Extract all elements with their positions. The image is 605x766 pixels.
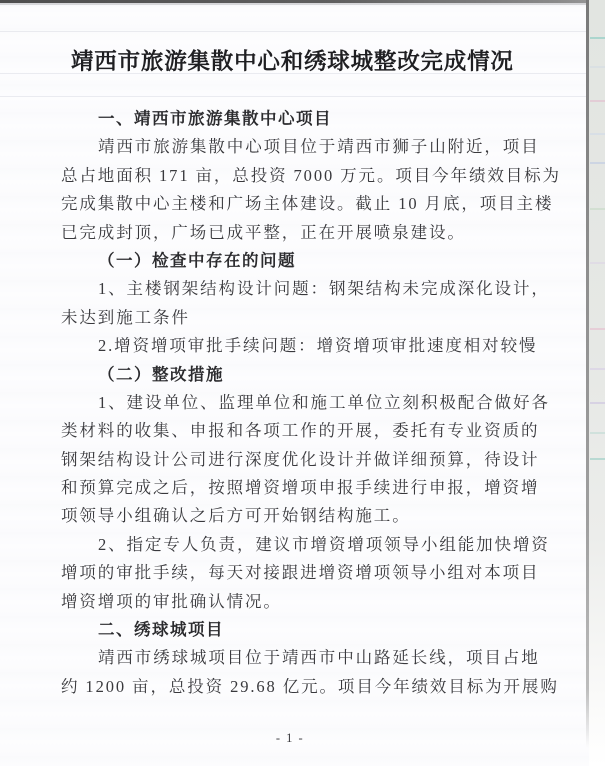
text-line: 2、指定专人负责，建议市增资增项领导小组能加快增资 — [61, 531, 561, 559]
text-line: 增项的审批手续，每天对接跟进增资增项领导小组对本项目 — [61, 559, 561, 587]
scanner-noise-streak — [590, 458, 605, 460]
scanner-noise-streak — [590, 37, 605, 39]
text-line: 未达到施工条件 — [61, 304, 561, 332]
scan-hairline — [0, 96, 590, 97]
scanner-noise-streak — [590, 133, 605, 135]
text-line: 靖西市旅游集散中心项目位于靖西市狮子山附近，项目 — [61, 133, 561, 161]
text-line: 已完成封顶，广场已成平整，正在开展喷泉建设。 — [61, 219, 561, 247]
document-body: 一、靖西市旅游集散中心项目靖西市旅游集散中心项目位于靖西市狮子山附近，项目总占地… — [61, 105, 561, 701]
document-title: 靖西市旅游集散中心和绣球城整改完成情况 — [71, 44, 531, 76]
scanner-top-band-shadow — [0, 3, 605, 5]
text-line: 靖西市绣球城项目位于靖西市中山路延长线，项目占地 — [61, 644, 561, 672]
scanner-noise-streak — [590, 402, 605, 404]
scan-hairline — [0, 31, 590, 32]
text-line: 2.增资增项审批手续问题：增资增项审批速度相对较慢 — [61, 332, 561, 360]
text-line: 钢架结构设计公司进行深度优化设计并做详细预算，待设计 — [61, 446, 561, 474]
text-line: 总占地面积 171 亩，总投资 7000 万元。项目今年绩效目标为 — [61, 162, 561, 190]
scanner-background-strip — [589, 0, 605, 766]
scanner-noise-streak — [590, 208, 605, 210]
scanner-noise-streak — [590, 162, 605, 164]
section-heading: 二、绣球城项目 — [61, 616, 561, 644]
text-line: 项领导小组确认之后方可开始钢结构施工。 — [61, 502, 561, 530]
section-heading: （二）整改措施 — [61, 361, 561, 389]
text-line: 完成集散中心主楼和广场主体建设。截止 10 月底，项目主楼 — [61, 190, 561, 218]
text-line: 和预算完成之后，按照增资增项申报手续进行申报，增资增 — [61, 474, 561, 502]
page-edge-line — [586, 0, 589, 748]
text-line: 增资增项的审批确认情况。 — [61, 588, 561, 616]
section-heading: （一）检查中存在的问题 — [61, 247, 561, 275]
scanner-noise-streak — [590, 432, 605, 434]
text-line: 类材料的收集、申报和各项工作的开展，委托有专业资质的 — [61, 417, 561, 445]
scanner-noise-streak — [590, 100, 605, 102]
text-line: 1、主楼钢架结构设计问题：钢架结构未完成深化设计， — [61, 275, 561, 303]
scanner-noise-streak — [590, 328, 605, 330]
text-line: 约 1200 亩，总投资 29.68 亿元。项目今年绩效目标为开展购 — [61, 673, 561, 701]
section-heading: 一、靖西市旅游集散中心项目 — [61, 105, 561, 133]
text-line: 1、建设单位、监理单位和施工单位立刻积极配合做好各 — [61, 389, 561, 417]
scanner-noise-streak — [590, 262, 605, 264]
scanner-noise-streak — [590, 368, 605, 370]
scanner-noise-streak — [590, 66, 605, 68]
scanned-document-page: 靖西市旅游集散中心和绣球城整改完成情况 一、靖西市旅游集散中心项目靖西市旅游集散… — [0, 0, 605, 766]
page-number: - 1 - — [240, 731, 340, 746]
